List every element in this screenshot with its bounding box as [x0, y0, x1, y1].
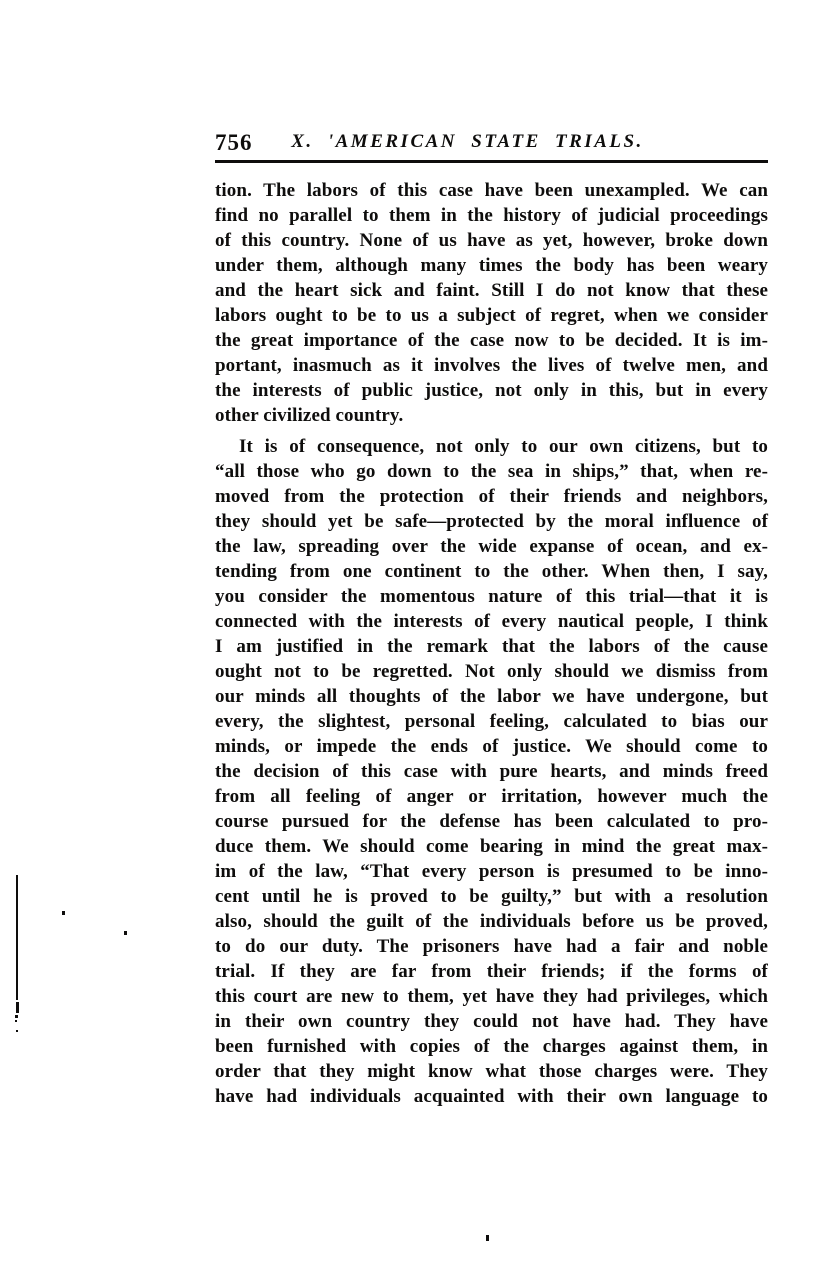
text-line: course pursued for the defense has been …	[215, 809, 768, 834]
text-line: order that they might know what those ch…	[215, 1059, 768, 1084]
text-line: our minds all thoughts of the labor we h…	[215, 684, 768, 709]
text-line: in their own country they could not have…	[215, 1009, 768, 1034]
text-line: find no parallel to them in the history …	[215, 203, 768, 228]
text-line: the law, spreading over the wide expanse…	[215, 534, 768, 559]
page-number: 756	[215, 130, 253, 156]
page-body: tion. The labors of this case have been …	[215, 178, 768, 1109]
scan-artifact-speck	[15, 1020, 17, 1022]
text-line: you consider the momentous nature of thi…	[215, 584, 768, 609]
text-line: been furnished with copies of the charge…	[215, 1034, 768, 1059]
text-line: duce them. We should come bearing in min…	[215, 834, 768, 859]
page-header: 756 X. 'AMERICAN STATE TRIALS.	[215, 128, 768, 158]
text-line: they should yet be safe—protected by the…	[215, 509, 768, 534]
text-line: have had individuals acquainted with the…	[215, 1084, 768, 1109]
scan-artifact-speck	[62, 911, 65, 915]
text-line: to do our duty. The prisoners have had a…	[215, 934, 768, 959]
text-line: portant, inasmuch as it involves the liv…	[215, 353, 768, 378]
scan-artifact-speck	[124, 931, 127, 935]
text-line: im of the law, “That every person is pre…	[215, 859, 768, 884]
text-line: minds, or impede the ends of justice. We…	[215, 734, 768, 759]
text-line: cent until he is proved to be guilty,” b…	[215, 884, 768, 909]
text-line: “all those who go down to the sea in shi…	[215, 459, 768, 484]
text-line: the decision of this case with pure hear…	[215, 759, 768, 784]
scanned-book-page: 756 X. 'AMERICAN STATE TRIALS. tion. The…	[0, 0, 836, 1284]
text-line: this court are new to them, yet have the…	[215, 984, 768, 1009]
text-line: labors ought to be to us a subject of re…	[215, 303, 768, 328]
text-line: tending from one continent to the other.…	[215, 559, 768, 584]
text-line: also, should the guilt of the individual…	[215, 909, 768, 934]
text-line: under them, although many times the body…	[215, 253, 768, 278]
text-line: tion. The labors of this case have been …	[215, 178, 768, 203]
text-line: connected with the interests of every na…	[215, 609, 768, 634]
text-line: ought not to be regretted. Not only shou…	[215, 659, 768, 684]
scan-artifact-margin-line	[16, 1002, 19, 1013]
scan-artifact-speck	[486, 1235, 489, 1241]
scan-artifact-speck	[15, 1015, 18, 1018]
text-line: and the heart sick and faint. Still I do…	[215, 278, 768, 303]
text-line: every, the slightest, personal feeling, …	[215, 709, 768, 734]
paragraph: tion. The labors of this case have been …	[215, 178, 768, 428]
scan-artifact-speck	[16, 1030, 18, 1032]
text-line: moved from the protection of their frien…	[215, 484, 768, 509]
text-line: trial. If they are far from their friend…	[215, 959, 768, 984]
text-line: of this country. None of us have as yet,…	[215, 228, 768, 253]
running-title: X. 'AMERICAN STATE TRIALS.	[291, 131, 644, 153]
text-line: the interests of public justice, not onl…	[215, 378, 768, 403]
text-line: other civilized country.	[215, 403, 768, 428]
scan-artifact-margin-line	[16, 875, 18, 1000]
paragraph: It is of consequence, not only to our ow…	[215, 434, 768, 1109]
header-rule	[215, 160, 768, 163]
text-line: from all feeling of anger or irritation,…	[215, 784, 768, 809]
text-line: I am justified in the remark that the la…	[215, 634, 768, 659]
text-line: It is of consequence, not only to our ow…	[215, 434, 768, 459]
text-line: the great importance of the case now to …	[215, 328, 768, 353]
